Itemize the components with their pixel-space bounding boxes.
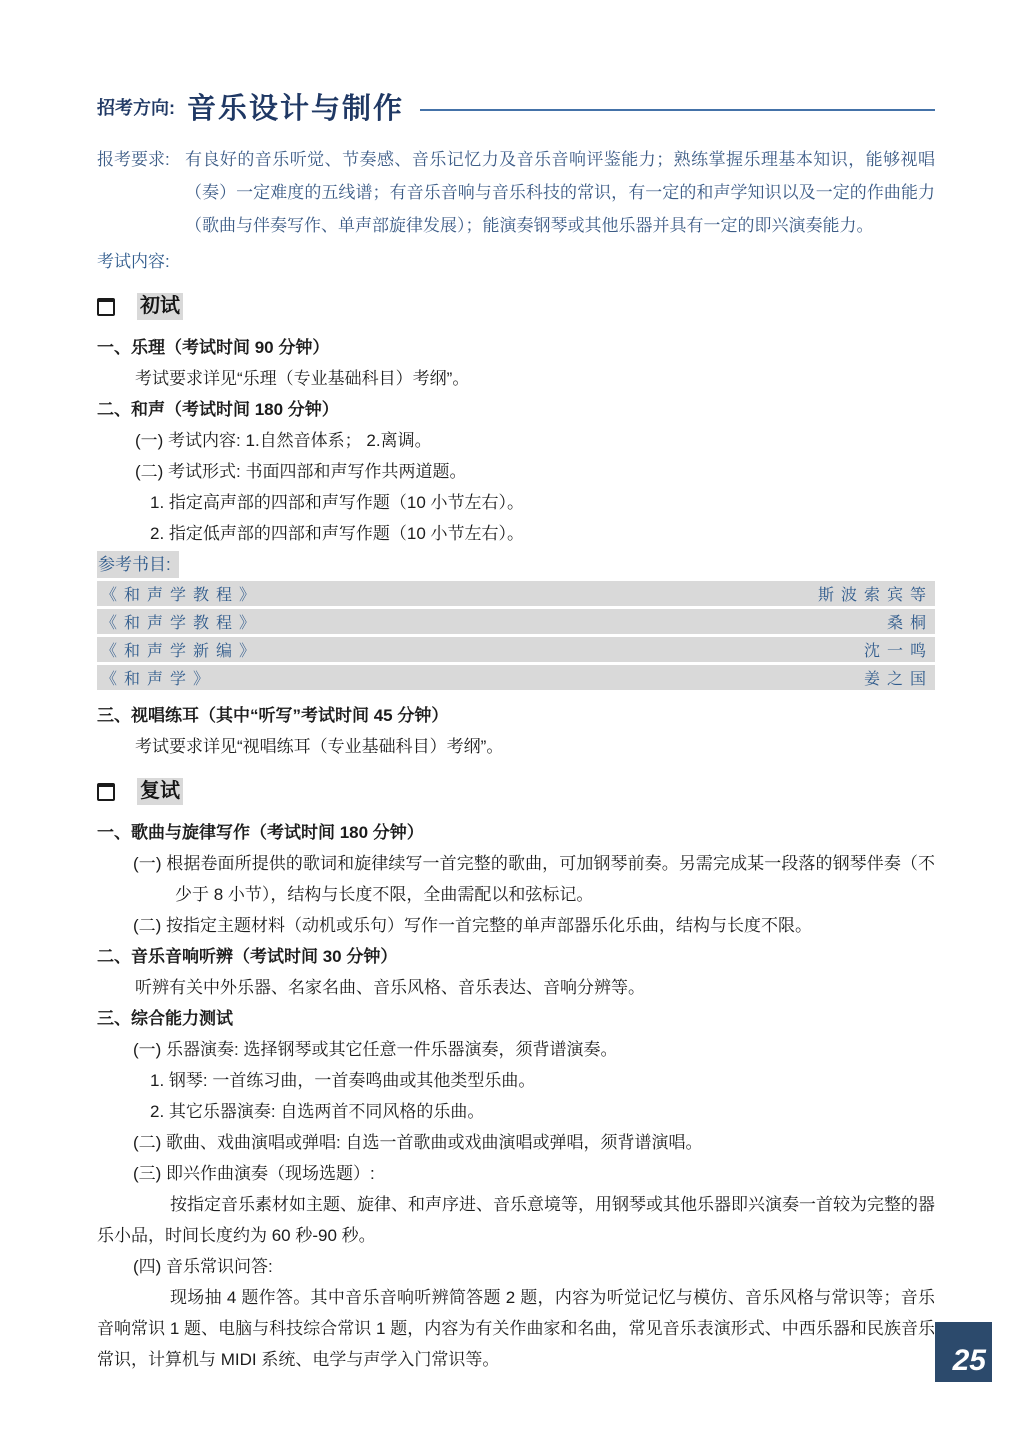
section-round2-title: 复试 (137, 778, 183, 805)
exam-item: 一、歌曲与旋律写作（考试时间 180 分钟） (97, 817, 935, 848)
exam-item: (四) 音乐常识问答: (97, 1251, 935, 1282)
book-author: 姜之国 (864, 666, 933, 689)
book-author: 斯波索宾等 (818, 582, 933, 605)
exam-item: 现场抽 4 题作答。其中音乐音响听辨简答题 2 题，内容为听觉记忆与模仿、音乐风… (97, 1282, 935, 1375)
section-round2-heading: 复试 (97, 778, 935, 805)
exam-item: 2. 其它乐器演奏: 自选两首不同风格的乐曲。 (97, 1096, 935, 1127)
exam-item: 考试要求详见“乐理（专业基础科目）考纲”。 (97, 363, 935, 394)
round1-items: 一、乐理（考试时间 90 分钟）考试要求详见“乐理（专业基础科目）考纲”。二、和… (97, 332, 935, 549)
book-title: 《和声学》 (101, 666, 216, 689)
exam-item: 1. 钢琴: 一首练习曲，一首奏鸣曲或其他类型乐曲。 (97, 1065, 935, 1096)
square-bullet-icon (97, 783, 115, 801)
round1-items-after: 三、视唱练耳（其中“听写”考试时间 45 分钟）考试要求详见“视唱练耳（专业基础… (97, 700, 935, 762)
book-row: 《和声学教程》桑桐 (97, 609, 935, 634)
square-bullet-icon (97, 298, 115, 316)
book-row: 《和声学新编》沈一鸣 (97, 637, 935, 662)
reference-books-table: 《和声学教程》斯波索宾等《和声学教程》桑桐《和声学新编》沈一鸣《和声学》姜之国 (97, 581, 935, 690)
exam-item: 2. 指定低声部的四部和声写作题（10 小节左右）。 (97, 518, 935, 549)
exam-item: 按指定音乐素材如主题、旋律、和声序进、音乐意境等，用钢琴或其他乐器即兴演奏一首较… (97, 1189, 935, 1251)
exam-item: 一、乐理（考试时间 90 分钟） (97, 332, 935, 363)
header-divider (420, 109, 935, 111)
requirements-text: 有良好的音乐听觉、节奏感、音乐记忆力及音乐音响评鉴能力；熟练掌握乐理基本知识，能… (185, 143, 935, 242)
book-row: 《和声学》姜之国 (97, 665, 935, 690)
exam-item: (三) 即兴作曲演奏（现场选题）: (97, 1158, 935, 1189)
exam-item: 考试要求详见“视唱练耳（专业基础科目）考纲”。 (97, 731, 935, 762)
book-author: 桑桐 (887, 610, 933, 633)
book-title: 《和声学新编》 (101, 638, 262, 661)
page-content: 招考方向: 音乐设计与制作 报考要求: 有良好的音乐听觉、节奏感、音乐记忆力及音… (97, 86, 935, 1375)
exam-item: (二) 按指定主题材料（动机或乐句）写作一首完整的单声部器乐化乐曲，结构与长度不… (97, 910, 935, 941)
exam-item: 1. 指定高声部的四部和声写作题（10 小节左右）。 (97, 487, 935, 518)
direction-label: 招考方向: (97, 94, 175, 120)
requirements-label: 报考要求: (97, 143, 185, 242)
book-author: 沈一鸣 (864, 638, 933, 661)
requirements-block: 报考要求: 有良好的音乐听觉、节奏感、音乐记忆力及音乐音响评鉴能力；熟练掌握乐理… (97, 143, 935, 242)
page-title: 音乐设计与制作 (187, 86, 404, 127)
exam-content-label: 考试内容: (97, 246, 935, 277)
document-page: 招考方向: 音乐设计与制作 报考要求: 有良好的音乐听觉、节奏感、音乐记忆力及音… (0, 0, 1024, 1447)
book-row: 《和声学教程》斯波索宾等 (97, 581, 935, 606)
exam-item: (二) 考试形式: 书面四部和声写作共两道题。 (97, 456, 935, 487)
exam-item: (一) 乐器演奏: 选择钢琴或其它任意一件乐器演奏，须背谱演奏。 (97, 1034, 935, 1065)
page-number-badge: 25 (935, 1322, 992, 1382)
exam-item: 三、综合能力测试 (97, 1003, 935, 1034)
exam-item: 二、音乐音响听辨（考试时间 30 分钟） (97, 941, 935, 972)
section-round1-title: 初试 (137, 293, 183, 320)
book-title: 《和声学教程》 (101, 582, 262, 605)
round2-items: 一、歌曲与旋律写作（考试时间 180 分钟）(一) 根据卷面所提供的歌词和旋律续… (97, 817, 935, 1375)
exam-item: (一) 考试内容: 1.自然音体系； 2.离调。 (97, 425, 935, 456)
exam-item: (二) 歌曲、戏曲演唱或弹唱: 自选一首歌曲或戏曲演唱或弹唱，须背谱演唱。 (97, 1127, 935, 1158)
book-title: 《和声学教程》 (101, 610, 262, 633)
exam-item: 二、和声（考试时间 180 分钟） (97, 394, 935, 425)
page-header: 招考方向: 音乐设计与制作 (97, 86, 935, 127)
exam-item: 听辨有关中外乐器、名家名曲、音乐风格、音乐表达、音响分辨等。 (97, 972, 935, 1003)
section-round1-heading: 初试 (97, 293, 935, 320)
exam-item: 三、视唱练耳（其中“听写”考试时间 45 分钟） (97, 700, 935, 731)
exam-item: (一) 根据卷面所提供的歌词和旋律续写一首完整的歌曲，可加钢琴前奏。另需完成某一… (97, 848, 935, 910)
reference-books-label: 参考书目: (97, 551, 179, 578)
